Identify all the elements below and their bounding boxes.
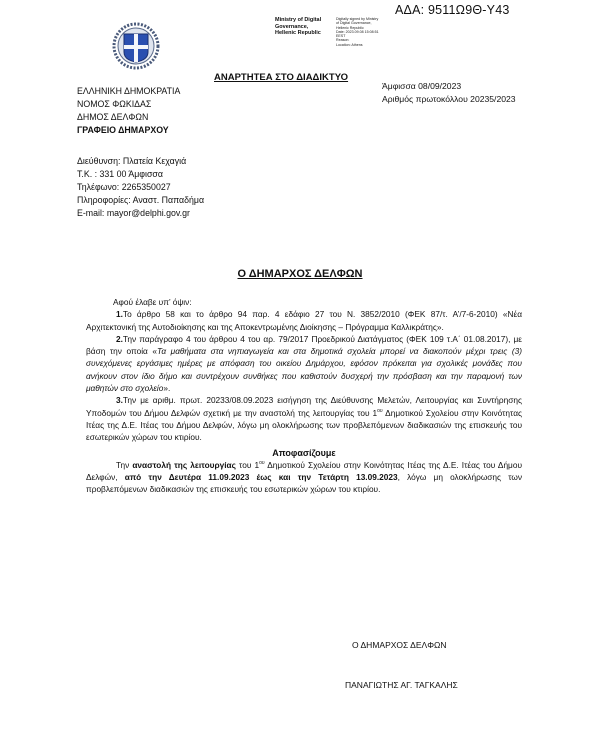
consideration-3: 3.Την με αριθμ. πρωτ. 20233/08.09.2023 ε… <box>86 394 522 443</box>
item-text: Το άρθρο 58 και το άρθρο 94 παρ. 4 εδάφι… <box>86 309 522 331</box>
authority-line: ΕΛΛΗΝΙΚΗ ΔΗΜΟΚΡΑΤΙΑ <box>77 85 180 98</box>
contact-phone: Τηλέφωνο: 2265350027 <box>77 181 204 194</box>
sig-org-line: Hellenic Republic <box>275 30 321 37</box>
signatory-title: Ο ΔΗΜΑΡΧΟΣ ΔΕΛΦΩΝ <box>352 640 446 650</box>
document-body: Αφού έλαβε υπ’ όψιν: 1.Το άρθρο 58 και τ… <box>86 296 522 496</box>
decision-part: Την <box>116 460 132 470</box>
date-protocol-block: Άμφισσα 08/09/2023 Αριθμός πρωτοκόλλου 2… <box>382 80 516 106</box>
ada-code: ΑΔΑ: 9511Ω9Θ-Υ43 <box>395 3 510 17</box>
posting-notice: ΑΝΑΡΤΗΤΕΑ ΣΤΟ ΔΙΑΔΙΚΤΥΟ <box>214 72 348 83</box>
contact-email: E-mail: mayor@delphi.gov.gr <box>77 207 204 220</box>
item-number: 3. <box>116 395 123 405</box>
authority-office: ΓΡΑΦΕΙΟ ΔΗΜΑΡΧΟΥ <box>77 124 180 137</box>
authority-line: ΝΟΜΟΣ ΦΩΚΙΔΑΣ <box>77 98 180 111</box>
issuing-authority: ΕΛΛΗΝΙΚΗ ΔΗΜΟΚΡΑΤΙΑ ΝΟΜΟΣ ΦΩΚΙΔΑΣ ΔΗΜΟΣ … <box>77 85 180 137</box>
ada-value: 9511Ω9Θ-Υ43 <box>428 3 510 17</box>
item-text-end: ». <box>163 383 170 393</box>
item-number: 1. <box>116 309 123 319</box>
intro: Αφού έλαβε υπ’ όψιν: <box>86 296 522 308</box>
decision-part: του 1 <box>236 460 259 470</box>
document-title: Ο ΔΗΜΑΡΧΟΣ ΔΕΛΦΩΝ <box>0 268 600 280</box>
sig-meta-line: Location: Athens <box>336 43 379 47</box>
item-number: 2. <box>116 334 123 344</box>
digital-signature-meta: Digitally signed by Ministry of Digital … <box>336 17 379 47</box>
digital-signature-org: Ministry of Digital Governance, Hellenic… <box>275 17 321 37</box>
consideration-2: 2.Την παράγραφο 4 του άρθρου 4 του αρ. 7… <box>86 333 522 394</box>
contact-postal: Τ.Κ. : 331 00 Άμφισσα <box>77 168 204 181</box>
protocol-number: Αριθμός πρωτοκόλλου 20235/2023 <box>382 93 516 106</box>
sig-org-line: Ministry of Digital <box>275 17 321 24</box>
authority-line: ΔΗΜΟΣ ΔΕΛΦΩΝ <box>77 111 180 124</box>
decision-emphasis: αναστολή της λειτουργίας <box>132 460 236 470</box>
decision-text: Την αναστολή της λειτουργίας του 1ου Δημ… <box>86 459 522 496</box>
signatory-name: ΠΑΝΑΓΙΩΤΗΣ ΑΓ. ΤΑΓΚΑΛΗΣ <box>345 680 458 690</box>
place-date: Άμφισσα 08/09/2023 <box>382 80 516 93</box>
decision-dates: από την Δευτέρα 11.09.2023 έως και την Τ… <box>125 472 398 482</box>
contact-info: Πληροφορίες: Αναστ. Παπαδήμα <box>77 194 204 207</box>
decision-heading: Αποφασίζουμε <box>86 447 522 459</box>
contact-address: Διεύθυνση: Πλατεία Κεχαγιά <box>77 155 204 168</box>
contact-details: Διεύθυνση: Πλατεία Κεχαγιά Τ.Κ. : 331 00… <box>77 155 204 220</box>
ada-label: ΑΔΑ: <box>395 3 424 17</box>
greek-coat-of-arms-icon <box>112 22 160 70</box>
consideration-1: 1.Το άρθρο 58 και το άρθρο 94 παρ. 4 εδά… <box>86 308 522 333</box>
